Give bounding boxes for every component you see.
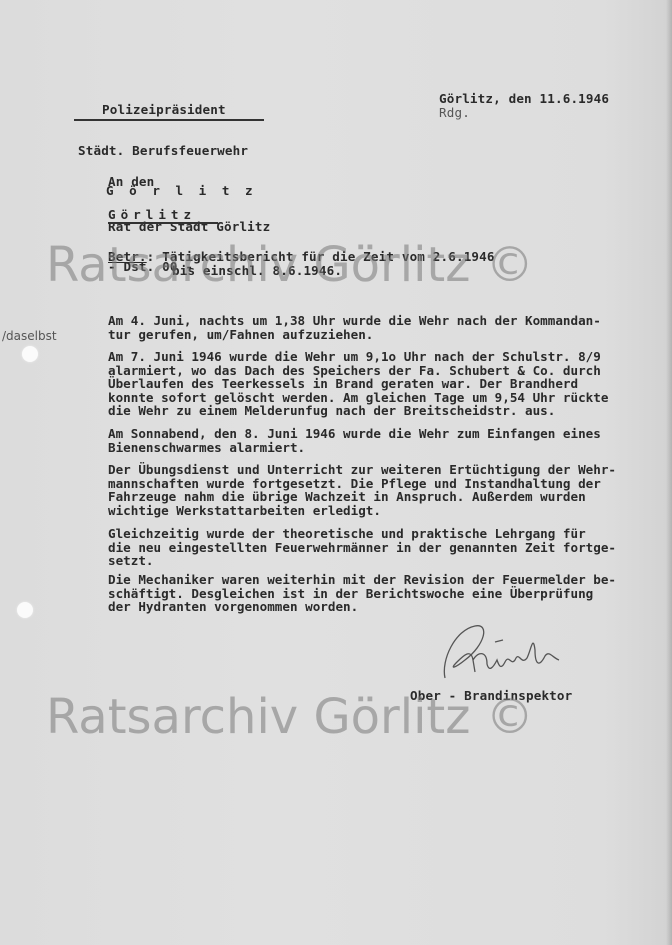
handwritten-signature-icon bbox=[435, 620, 575, 690]
recipient-line-1: An den bbox=[108, 175, 270, 189]
punch-hole-icon bbox=[17, 602, 33, 618]
document-page: Polizeipräsident Städt. Berufsfeuerwehr … bbox=[0, 0, 672, 945]
watermark-bottom: Ratsarchiv Görlitz © bbox=[46, 692, 534, 742]
watermark-top: Ratsarchiv Görlitz © bbox=[46, 240, 534, 290]
sender-underline bbox=[74, 119, 264, 121]
paragraph-4: Der Übungsdienst und Unterricht zur weit… bbox=[108, 463, 668, 517]
margin-note: /daselbst bbox=[2, 329, 57, 343]
recipient-city-underline bbox=[108, 222, 218, 224]
punch-hole-icon bbox=[22, 346, 38, 362]
paragraph-5: Gleichzeitig wurde der theoretische und … bbox=[108, 527, 668, 568]
place-date: Görlitz, den 11.6.1946 bbox=[439, 92, 609, 106]
paragraph-6: Die Mechaniker waren weiterhin mit der R… bbox=[108, 573, 668, 614]
sender-line-1: Polizeipräsident bbox=[78, 103, 257, 117]
recipient-city: Görlitz bbox=[108, 208, 196, 222]
reference-mark: Rdg. bbox=[439, 106, 470, 120]
paragraph-3: Am Sonnabend, den 8. Juni 1946 wurde die… bbox=[108, 427, 668, 454]
paragraph-1: Am 4. Juni, nachts um 1,38 Uhr wurde die… bbox=[108, 314, 668, 341]
paragraph-2: Am 7. Juni 1946 wurde die Wehr um 9,1o U… bbox=[108, 350, 668, 418]
